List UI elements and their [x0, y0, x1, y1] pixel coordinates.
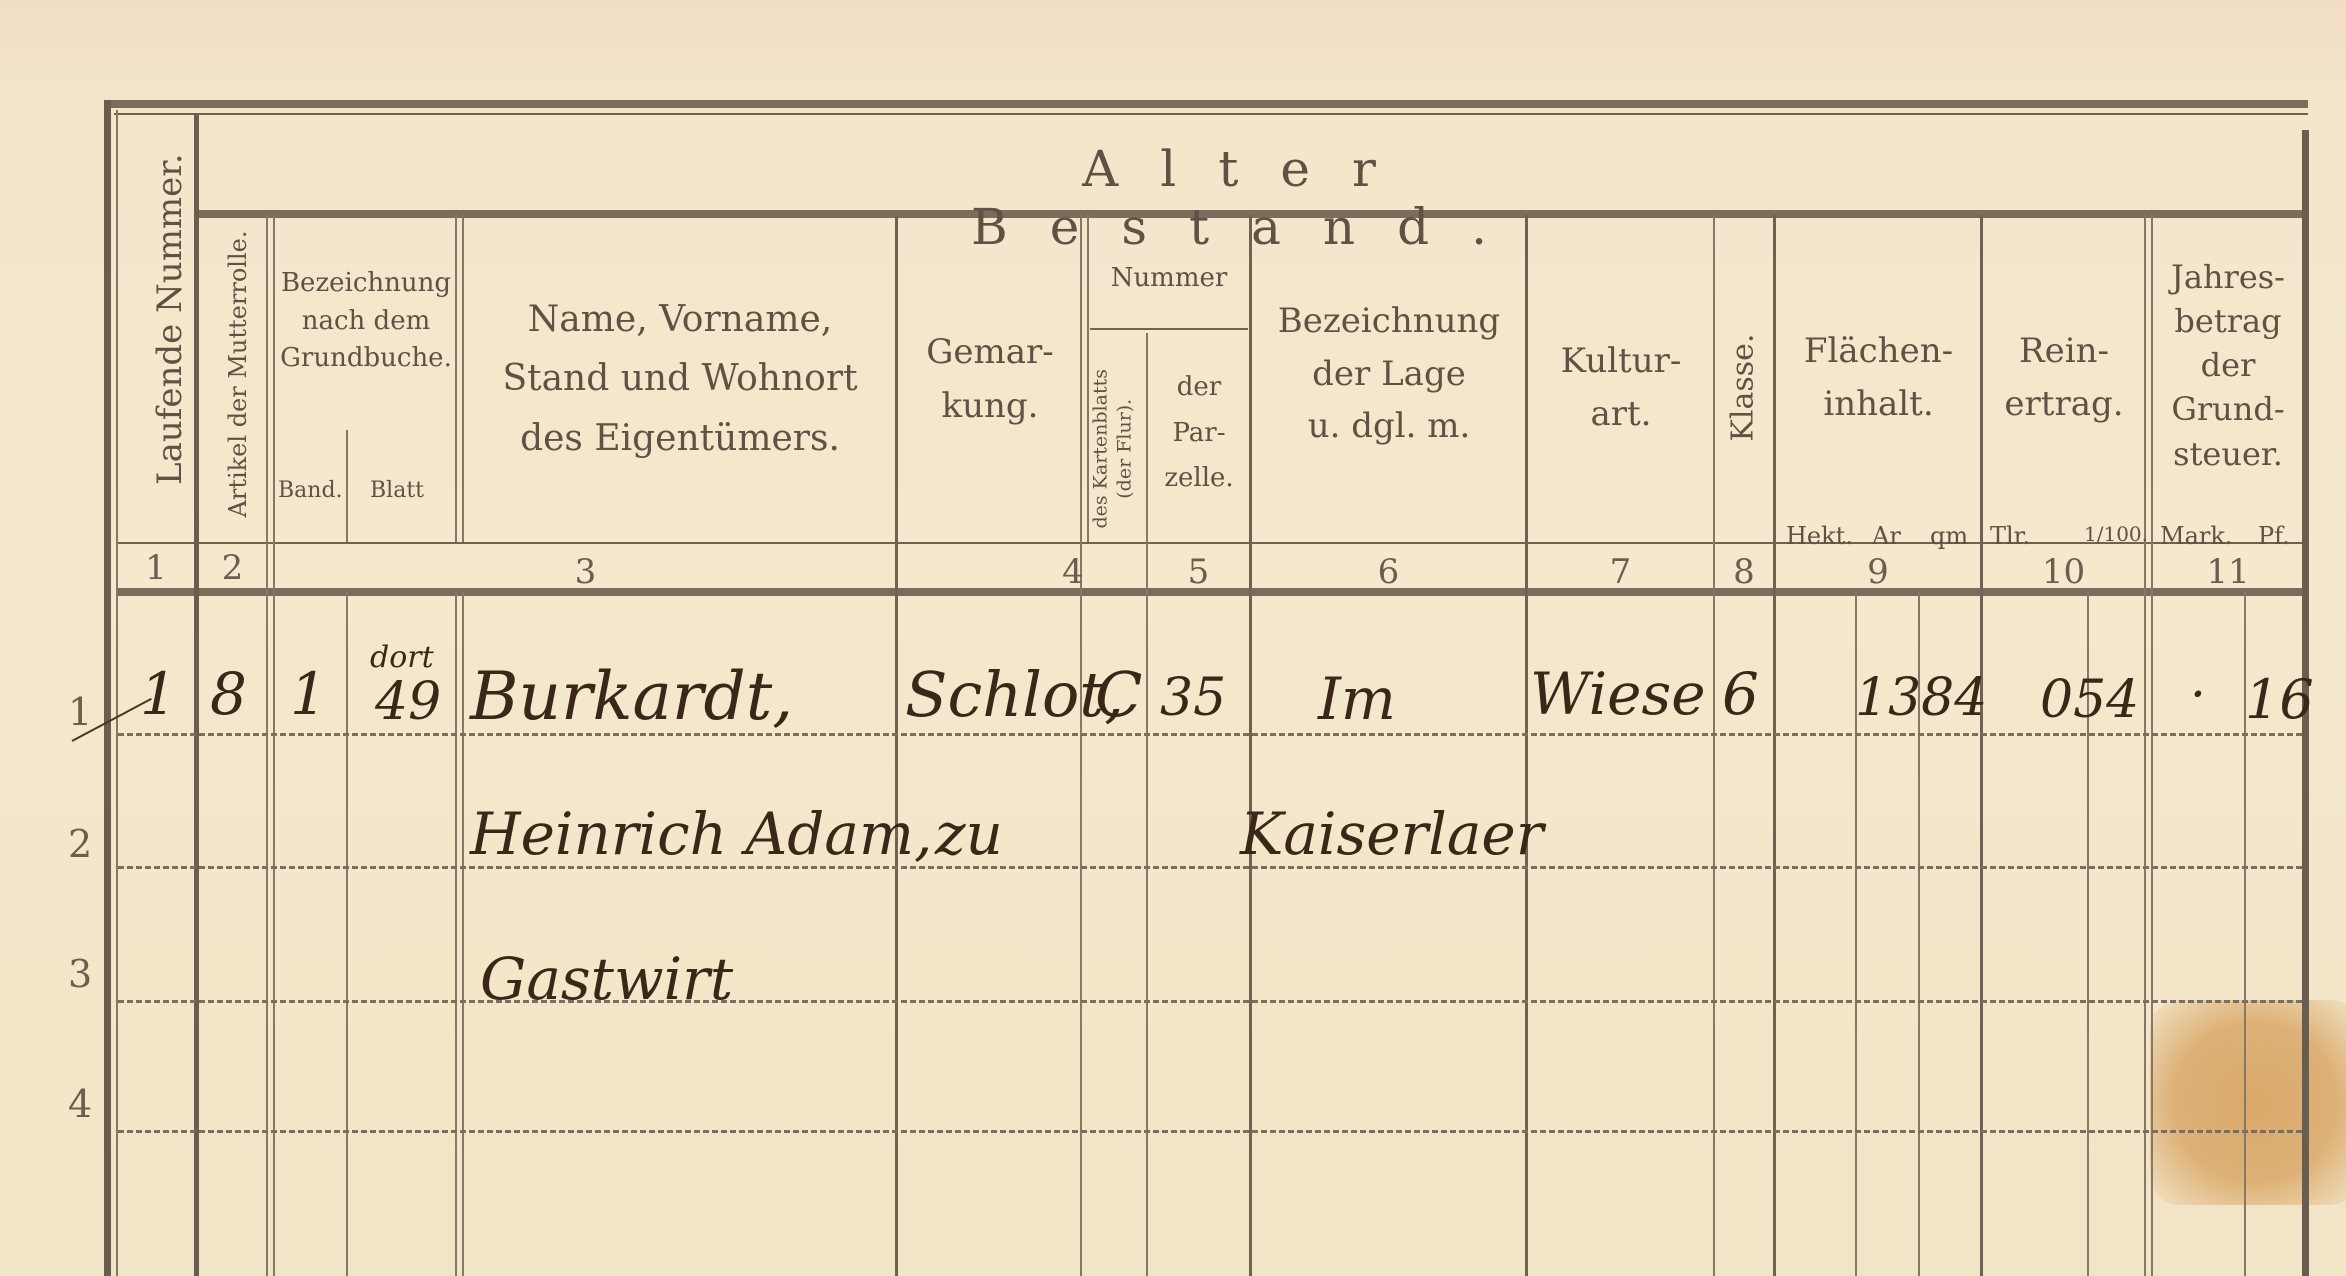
- paper-stain: [2150, 1000, 2346, 1205]
- header-grundbuch-l2: nach dem: [276, 303, 456, 341]
- col-line-3a-3b-body-b: [462, 592, 464, 1276]
- header-kulturart-l1: Kultur-: [1529, 335, 1713, 388]
- header-artikel-mutterrolle: Artikel der Mutterrolle.: [224, 224, 252, 524]
- entry-lage-line2: Kaiserlaer: [1240, 800, 1543, 868]
- header-laufende-nummer: Laufende Nummer.: [150, 225, 190, 485]
- header-name-l3: des Eigentümers.: [465, 409, 895, 468]
- nummer-divider: [1090, 328, 1248, 330]
- colnum-5: 5: [1148, 552, 1249, 592]
- unit-hekt: Hekt.: [1786, 522, 1853, 550]
- header-blatt: Blatt: [370, 478, 424, 503]
- col-line-kb-parz: [1146, 333, 1148, 1276]
- col-line-3a-3b-b: [462, 215, 464, 542]
- header-steuer-l5: steuer.: [2154, 432, 2302, 476]
- col-line-7-8: [1713, 215, 1715, 1276]
- header-lage-l2: der Lage: [1253, 348, 1525, 401]
- header-klasse: Klasse.: [1726, 328, 1761, 448]
- left-border: [104, 100, 111, 1276]
- col-line-10-11-a: [2144, 215, 2146, 1276]
- entry-reinertrag: 054: [2040, 670, 2139, 730]
- left-border-inner: [116, 110, 118, 1276]
- row-line-1: [118, 733, 2302, 736]
- col-line-3-4: [895, 215, 898, 1276]
- header-kulturart-l2: art.: [1529, 388, 1713, 441]
- unit-mark: Mark.: [2160, 522, 2233, 550]
- header-lage-l1: Bezeichnung: [1253, 295, 1525, 348]
- row-line-2: [118, 866, 2302, 869]
- entry-name: Burkardt,: [470, 658, 793, 735]
- header-flaeche-l1: Flächen-: [1777, 325, 1980, 378]
- entry-gemarkung-line2: zu: [935, 800, 1003, 868]
- header-grundbuch-l3: Grundbuche.: [276, 340, 456, 378]
- entry-laufende-nummer: 1: [140, 660, 177, 728]
- header-band: Band.: [278, 478, 343, 503]
- col-line-5-6: [1249, 215, 1252, 1276]
- unit-ar: Ar: [1872, 522, 1901, 550]
- header-rein-l2: ertrag.: [1984, 378, 2144, 431]
- header-parzelle-l1: der: [1150, 365, 1248, 411]
- header-rein-l1: Rein-: [1984, 325, 2144, 378]
- header-grundbuch: Bezeichnung nach dem Grundbuche.: [276, 265, 456, 378]
- header-lage-l3: u. dgl. m.: [1253, 400, 1525, 453]
- header-gemarkung-l1: Gemar-: [900, 325, 1080, 379]
- col-line-10-11-b: [2151, 215, 2153, 1276]
- entry-flaeche: 1384: [1855, 668, 1987, 728]
- header-parzelle: der Par- zelle.: [1150, 365, 1248, 502]
- col-line-band-blatt: [346, 430, 348, 542]
- row-label-4: 4: [68, 1082, 92, 1126]
- colnum-10: 10: [1983, 552, 2144, 592]
- header-gemarkung: Gemar- kung.: [900, 325, 1080, 434]
- col-line-1-2: [194, 113, 199, 1276]
- entry-parzelle: 35: [1160, 668, 1226, 728]
- entry-band: 1: [290, 660, 327, 728]
- colnum-1: 1: [118, 548, 194, 588]
- header-steuer-l1: Jahres-: [2154, 255, 2302, 299]
- colnum-6: 6: [1252, 552, 1525, 592]
- header-flaeche-l2: inhalt.: [1777, 378, 1980, 431]
- entry-artikel: 8: [210, 660, 247, 728]
- colnum-row-top: [118, 542, 2302, 544]
- header-steuer-l4: Grund-: [2154, 387, 2302, 431]
- colnum-2: 2: [199, 548, 266, 588]
- entry-name-line3: Gastwirt: [480, 945, 733, 1013]
- col-line-band-blatt-body: [346, 592, 348, 1276]
- top-border: [104, 100, 2308, 108]
- colnum-8: 8: [1715, 552, 1773, 592]
- header-steuer-l3: der: [2154, 343, 2302, 387]
- unit-qm: qm: [1930, 522, 1968, 550]
- col-line-2-3b: [273, 215, 275, 1276]
- colnum-7: 7: [1528, 552, 1713, 592]
- entry-lage: Im: [1318, 665, 1396, 733]
- entry-grundsteuer: 16: [2245, 668, 2314, 731]
- col-line-2-3a: [266, 215, 268, 1276]
- section-title: Alter Bestand.: [800, 140, 1700, 256]
- col-line-6-7: [1525, 215, 1528, 1276]
- header-name-l2: Stand und Wohnort: [465, 349, 895, 408]
- colnum-3: 3: [276, 552, 895, 592]
- header-kartenblatt: des Kartenblatts (der Flur).: [1089, 354, 1137, 544]
- top-border-inner: [114, 113, 2308, 115]
- header-flaecheninhalt: Flächen- inhalt.: [1777, 325, 1980, 430]
- header-lage: Bezeichnung der Lage u. dgl. m.: [1253, 295, 1525, 453]
- entry-klasse: 6: [1722, 660, 1759, 728]
- header-kulturart: Kultur- art.: [1529, 335, 1713, 440]
- col-line-4-nr-a: [1080, 215, 1082, 1276]
- unit-taler: Tlr.: [1990, 522, 2030, 550]
- entry-blatt: 49: [375, 672, 441, 732]
- header-name-eigentuemer: Name, Vorname, Stand und Wohnort des Eig…: [465, 290, 895, 468]
- row-label-3: 3: [68, 952, 92, 996]
- row-label-1: 1: [68, 690, 92, 734]
- header-steuer-l2: betrag: [2154, 299, 2302, 343]
- header-gemarkung-l2: kung.: [900, 379, 1080, 433]
- entry-blatt-note: dort: [370, 640, 434, 675]
- row-line-4: [118, 1130, 2302, 1133]
- header-grundbuch-l1: Bezeichnung: [276, 265, 456, 303]
- col-line-8-9: [1773, 215, 1776, 1276]
- entry-gemarkung: Schlot,: [905, 658, 1124, 731]
- header-parzelle-l2: Par-: [1150, 411, 1248, 457]
- entry-kulturart: Wiese: [1530, 660, 1706, 728]
- header-grundsteuer: Jahres- betrag der Grund- steuer.: [2154, 255, 2302, 476]
- header-kartenblatt-l2: (der Flur).: [1113, 354, 1137, 544]
- col-line-9-10: [1980, 215, 1983, 1276]
- header-parzelle-l3: zelle.: [1150, 456, 1248, 502]
- entry-grundsteuer-dot: ·: [2190, 665, 2206, 723]
- header-nummer: Nummer: [1090, 260, 1248, 298]
- row-line-3: [118, 1000, 2302, 1003]
- header-kartenblatt-l1: des Kartenblatts: [1089, 354, 1113, 544]
- entry-kartenblatt: C: [1095, 658, 1142, 731]
- header-name-l1: Name, Vorname,: [465, 290, 895, 349]
- header-reinertrag: Rein- ertrag.: [1984, 325, 2144, 430]
- col-line-3a-3b-body-a: [455, 592, 457, 1276]
- bleed-through-text: [430, 1060, 462, 1154]
- colnum-11: 11: [2154, 552, 2302, 592]
- row-label-2: 2: [68, 822, 92, 866]
- colnum-9: 9: [1776, 552, 1980, 592]
- entry-name-line2: Heinrich Adam,: [470, 800, 932, 868]
- unit-pfennig: Pf.: [2258, 522, 2290, 550]
- unit-hundredths: 1/100.: [2084, 522, 2148, 546]
